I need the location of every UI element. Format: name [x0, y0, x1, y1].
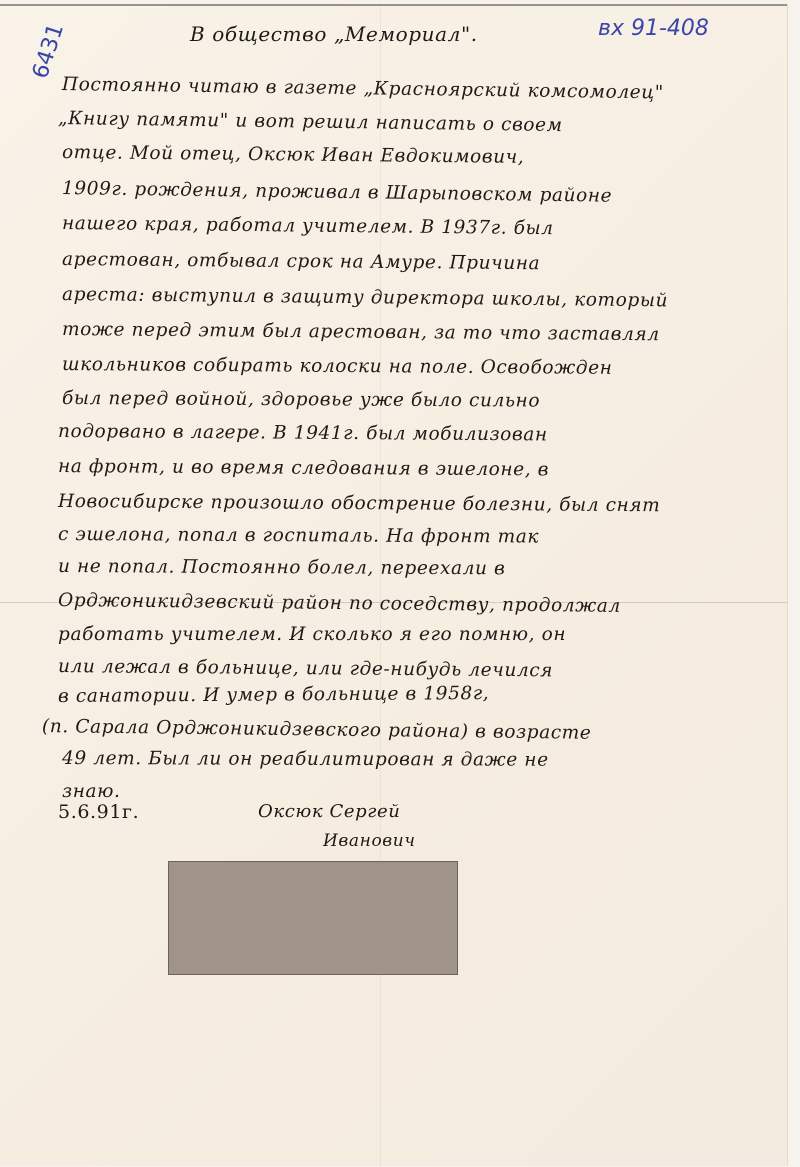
letter-line: Орджоникидзевский район по соседству, пр… — [58, 590, 621, 617]
letter-title: В общество „Мемориал". — [190, 22, 478, 46]
letter-line: „Книгу памяти" и вот решил написать о св… — [58, 108, 563, 136]
letter-line: арестован, отбывал срок на Амуре. Причин… — [62, 249, 540, 274]
letter-line: 1909г. рождения, проживал в Шарыповском … — [62, 178, 612, 207]
letter-line: с эшелона, попал в госпиталь. На фронт т… — [58, 524, 539, 548]
letter-line: в санатории. И умер в больнице в 1958г, — [58, 683, 489, 707]
letter-line: Постоянно читаю в газете „Красноярский к… — [62, 74, 664, 103]
letter-line: и не попал. Постоянно болел, переехали в — [58, 556, 506, 579]
letter-line: тоже перед этим был арестован, за то что… — [62, 319, 660, 345]
letter-line: подорвано в лагере. В 1941г. был мобилиз… — [58, 421, 548, 445]
redaction-box — [168, 861, 458, 975]
signature-patronymic: Иванович — [323, 831, 416, 851]
letter-line: Новосибирске произошло обострение болезн… — [58, 491, 660, 516]
letter-line: ареста: выступил в защиту директора школ… — [62, 284, 668, 311]
paper-vertical-crease — [380, 6, 381, 1166]
letter-line: школьников собирать колоски на поле. Осв… — [62, 354, 613, 379]
archive-number-left: 6431 — [28, 21, 69, 82]
letter-line: или лежал в больнице, или где-нибудь леч… — [58, 656, 553, 681]
letter-line: отце. Мой отец, Оксюк Иван Евдокимович, — [62, 142, 525, 168]
letter-date: 5.6.91г. — [58, 801, 139, 823]
archive-registration-number: вх 91-408 — [598, 16, 709, 41]
letter-line: был перед войной, здоровье уже было силь… — [62, 388, 540, 412]
letter-line: 49 лет. Был ли он реабилитирован я даже … — [62, 748, 549, 771]
letter-line: работать учителем. И сколько я его помню… — [58, 624, 566, 645]
letter-page: 6431 вх 91-408 В общество „Мемориал". По… — [0, 4, 787, 1166]
letter-line: на фронт, и во время следования в эшелон… — [58, 456, 549, 480]
letter-line: (п. Сарала Орджоникидзевского района) в … — [42, 716, 592, 744]
letter-line: знаю. — [62, 781, 120, 802]
letter-line: нашего края, работал учителем. В 1937г. … — [62, 213, 554, 239]
signature-name: Оксюк Сергей — [258, 801, 400, 822]
